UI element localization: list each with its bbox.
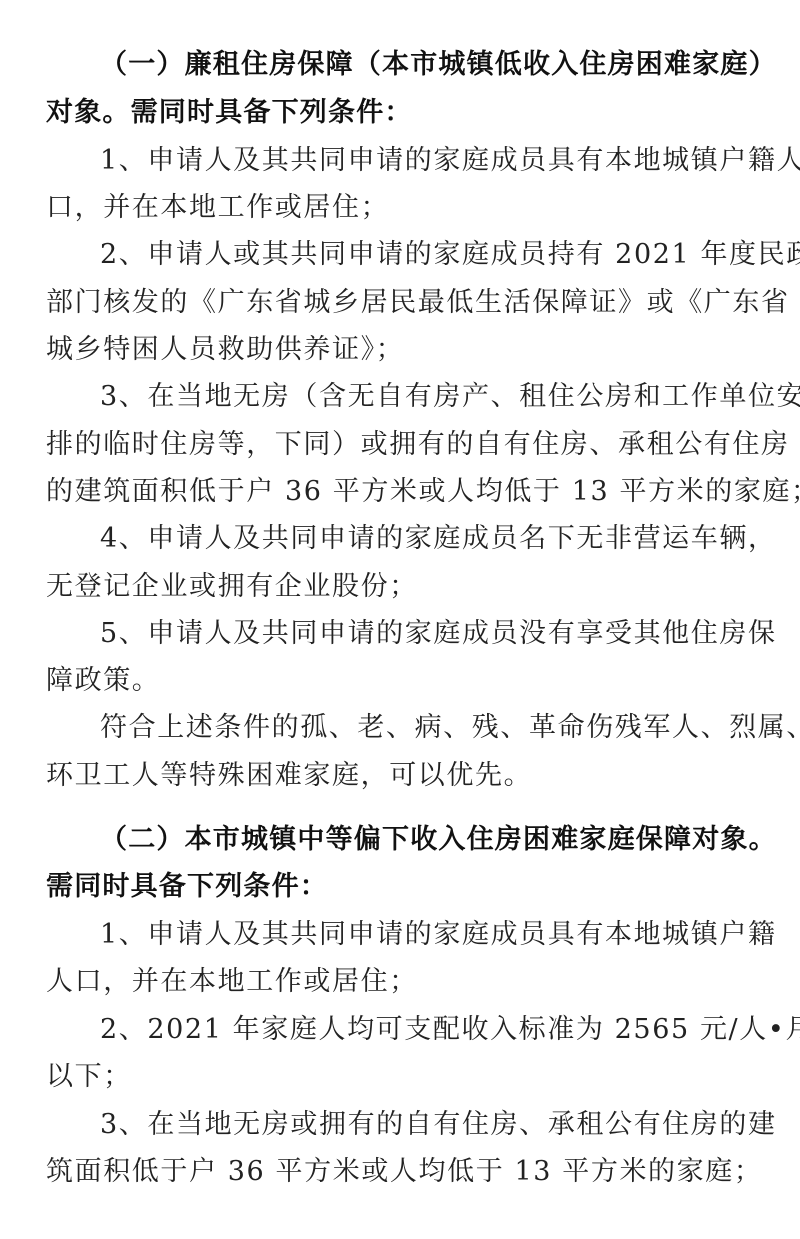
s1-item-2-line-1: 2、申请人或其共同申请的家庭成员持有 2021 年度民政 — [100, 238, 800, 272]
s1-item-2-line-3: 城乡特困人员救助供养证》； — [46, 333, 404, 367]
document-page: （一）廉租住房保障（本市城镇低收入住房困难家庭） 对象。需同时具备下列条件： 1… — [0, 0, 800, 1239]
s1-note-line-1: 符合上述条件的孤、老、病、残、革命伤残军人、烈属、 — [100, 711, 800, 745]
s1-item-4-line-2: 无登记企业或拥有企业股份； — [46, 570, 418, 604]
s1-item-5-line-2: 障政策。 — [46, 664, 160, 698]
s1-item-1-line-1: 1、申请人及其共同申请的家庭成员具有本地城镇户籍人 — [100, 144, 800, 178]
s1-item-2-line-2: 部门核发的《广东省城乡居民最低生活保障证》或《广东省 — [46, 286, 790, 320]
s1-item-4-line-1: 4、申请人及共同申请的家庭成员名下无非营运车辆， — [100, 522, 777, 556]
section-1-heading-cont: 对象。需同时具备下列条件： — [46, 96, 413, 130]
s1-item-3-line-2: 排的临时住房等，下同）或拥有的自有住房、承租公有住房 — [46, 428, 790, 462]
s2-item-1-line-2: 人口，并在本地工作或居住； — [46, 965, 418, 999]
section-1-heading: （一）廉租住房保障（本市城镇低收入住房困难家庭） — [100, 48, 777, 82]
s2-item-3-line-2: 筑面积低于户 36 平方米或人均低于 13 平方米的家庭； — [46, 1155, 762, 1189]
s1-item-5-line-1: 5、申请人及共同申请的家庭成员没有享受其他住房保 — [100, 617, 777, 651]
s2-item-1-line-1: 1、申请人及其共同申请的家庭成员具有本地城镇户籍 — [100, 918, 777, 952]
s2-item-2-line-2: 以下； — [46, 1060, 132, 1094]
s1-item-3-line-3: 的建筑面积低于户 36 平方米或人均低于 13 平方米的家庭； — [46, 475, 800, 509]
s1-note-line-2: 环卫工人等特殊困难家庭，可以优先。 — [46, 759, 532, 793]
s2-item-3-line-1: 3、在当地无房或拥有的自有住房、承租公有住房的建 — [100, 1108, 777, 1142]
section-2-heading: （二）本市城镇中等偏下收入住房困难家庭保障对象。 — [100, 823, 777, 857]
s1-item-1-line-2: 口，并在本地工作或居住； — [46, 191, 389, 225]
s2-item-2-line-1: 2、2021 年家庭人均可支配收入标准为 2565 元/人•月及 — [100, 1013, 800, 1047]
s1-item-3-line-1: 3、在当地无房（含无自有房产、租住公房和工作单位安 — [100, 380, 800, 414]
section-2-heading-cont: 需同时具备下列条件： — [46, 870, 328, 904]
